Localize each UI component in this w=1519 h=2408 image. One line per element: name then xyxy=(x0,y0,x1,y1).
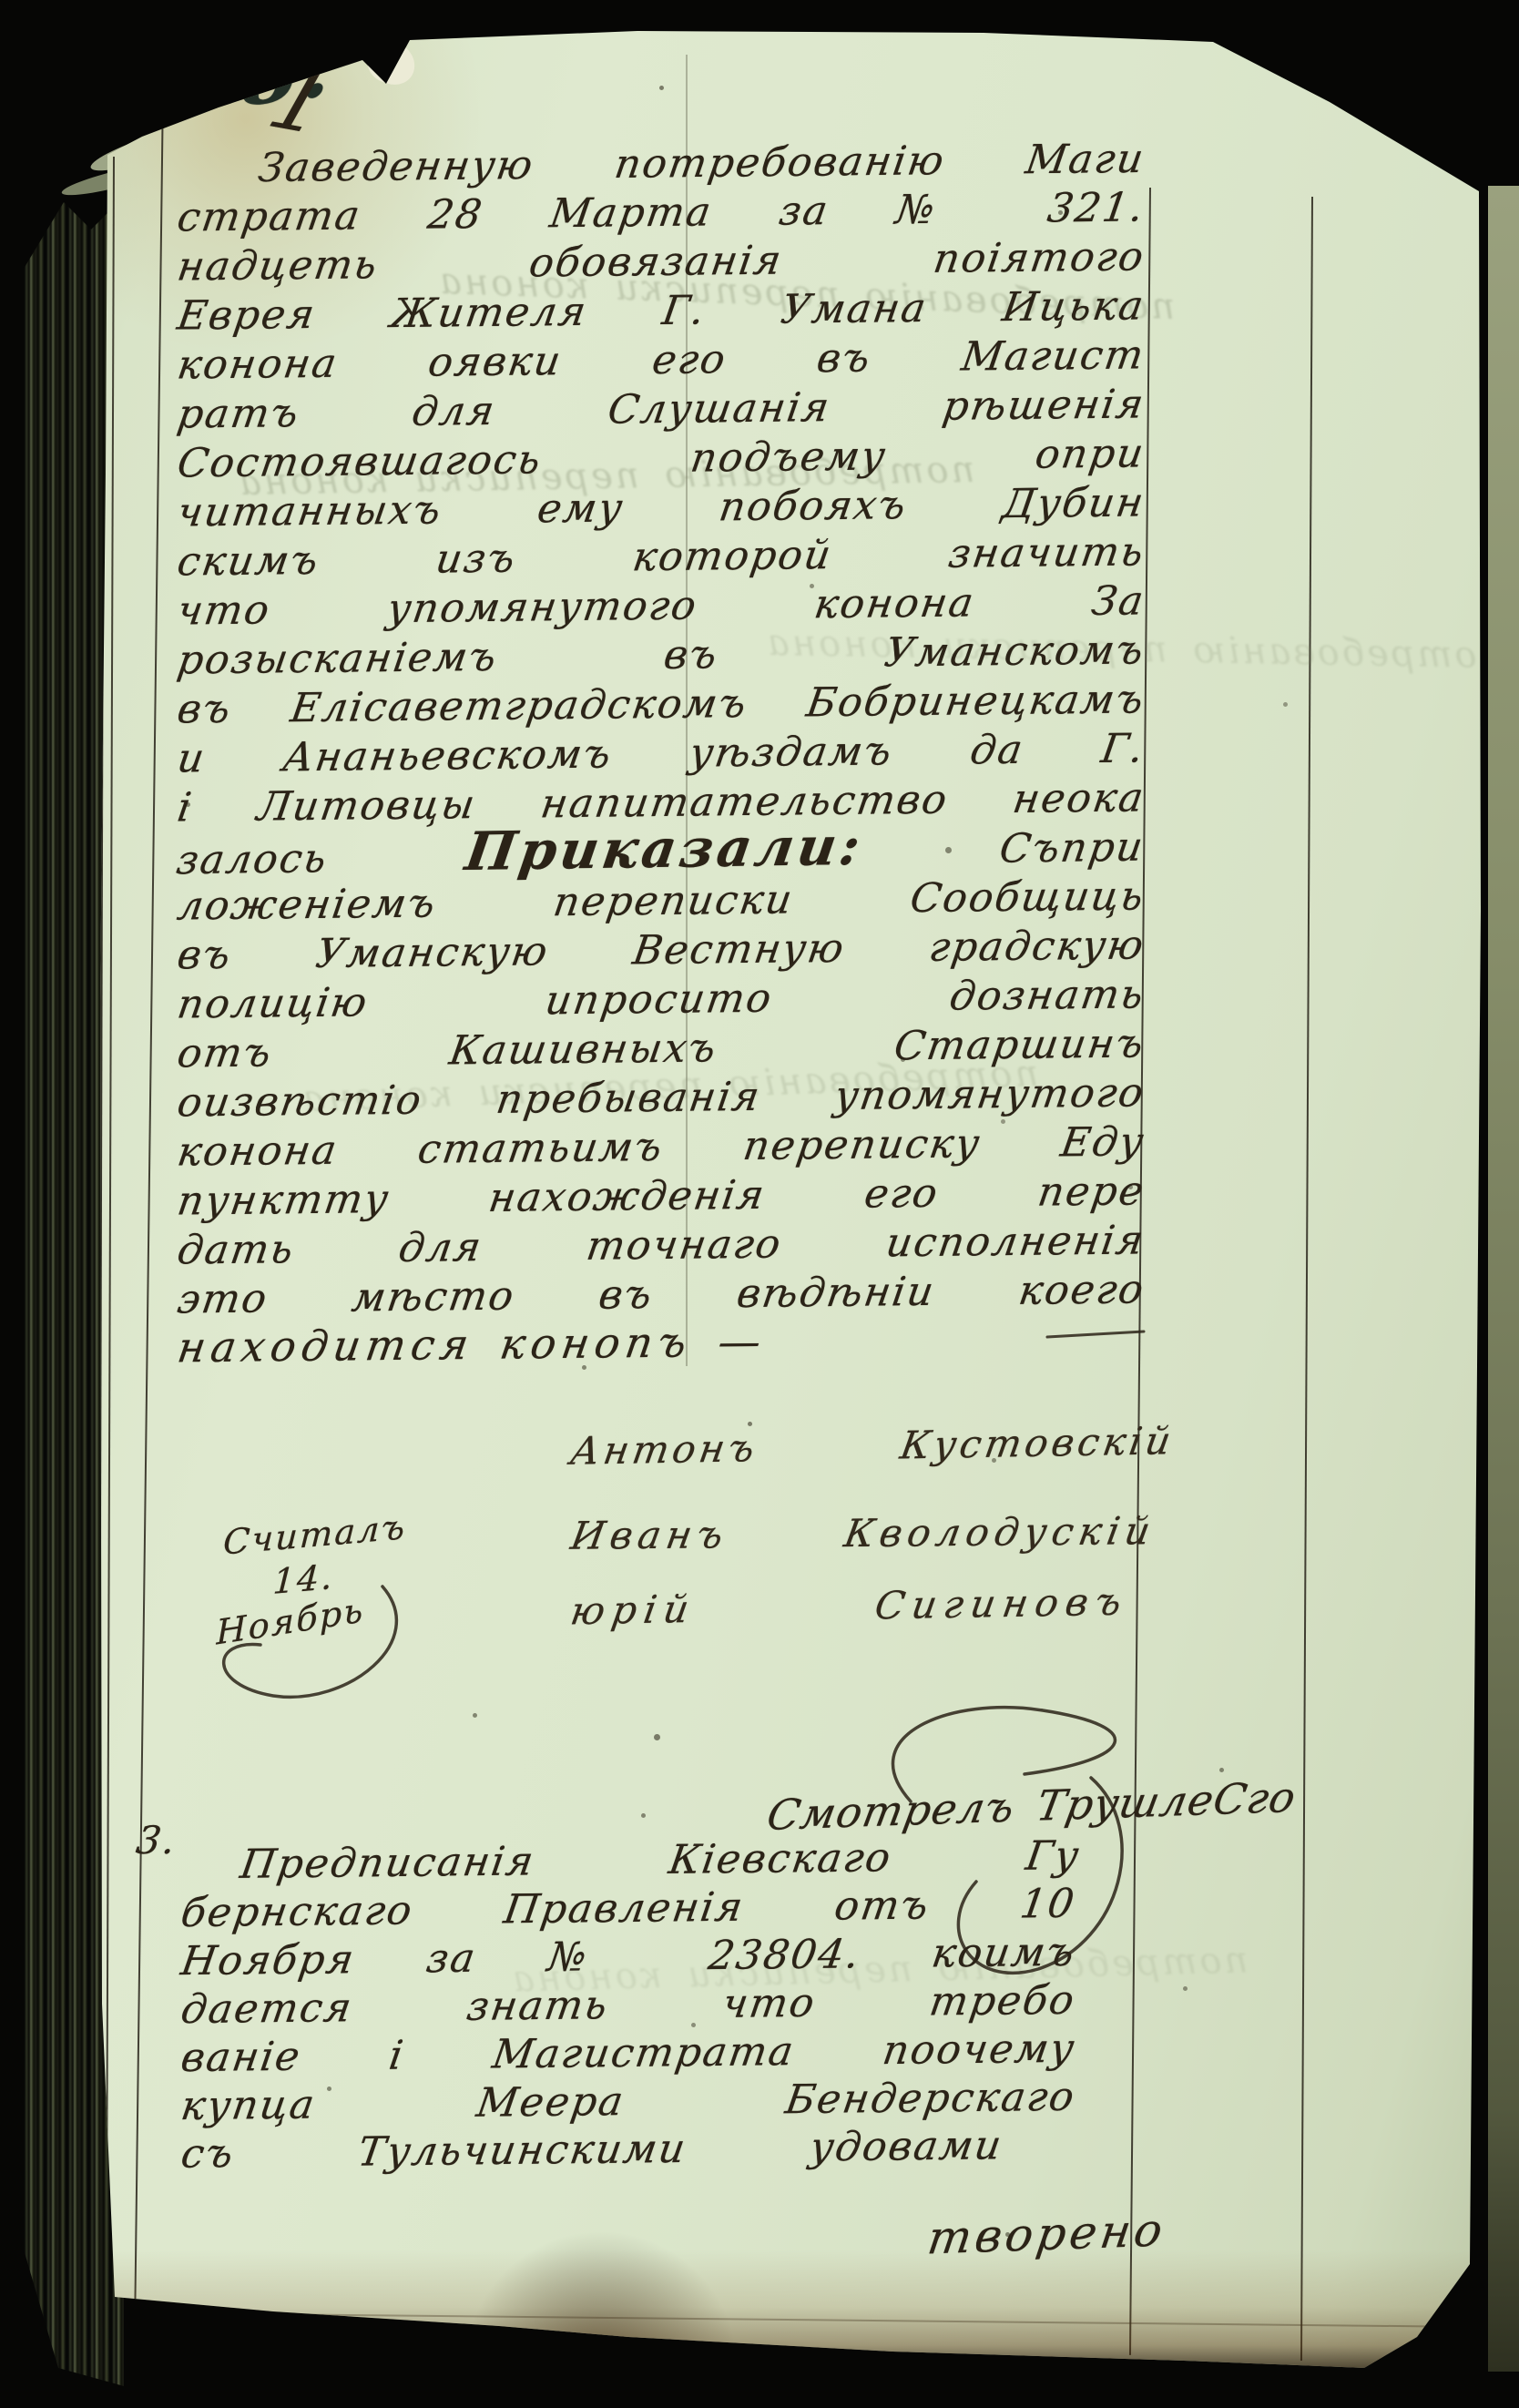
manuscript-page: потребованію переписки конона потребован… xyxy=(0,0,1519,2408)
left-edge-rule-2 xyxy=(106,157,115,2297)
secretary-signature: Смотрелъ ТрушлеСго xyxy=(763,1772,1300,1840)
left-margin-rule xyxy=(134,87,164,2315)
entry1-line15-pre: залось xyxy=(173,835,331,883)
margin-note-schital: Считалъ xyxy=(222,1506,407,1562)
entry3-line: съ Тульчинскими удовами xyxy=(178,2121,1005,2178)
signature: юрій Сигиновъ xyxy=(567,1579,1132,1635)
entry1-line15-post: Съпри xyxy=(996,824,1147,872)
entry-3-number: 3. xyxy=(134,1818,180,1862)
paper-specks xyxy=(0,0,3,3)
next-page-edge xyxy=(1488,186,1519,2372)
signature: Иванъ Кволодускій xyxy=(567,1508,1158,1559)
torn-paper-chip xyxy=(362,36,421,90)
archival-scan: { "scan": { "page_number": "578.", "pape… xyxy=(0,0,1519,2408)
entry1-last-line: находится конопъ — xyxy=(174,1317,770,1372)
entry1-end-dash xyxy=(1047,1332,1144,1337)
entry1-line: это мѣсто въ вѣдѣніи коего xyxy=(174,1265,1148,1324)
singed-bottom-edge xyxy=(91,2250,1475,2377)
signature: Антонъ Кустовскій xyxy=(567,1418,1177,1474)
entry1-line15-big: Приказали: xyxy=(462,815,868,883)
right-column-rule-2 xyxy=(1300,197,1313,2361)
